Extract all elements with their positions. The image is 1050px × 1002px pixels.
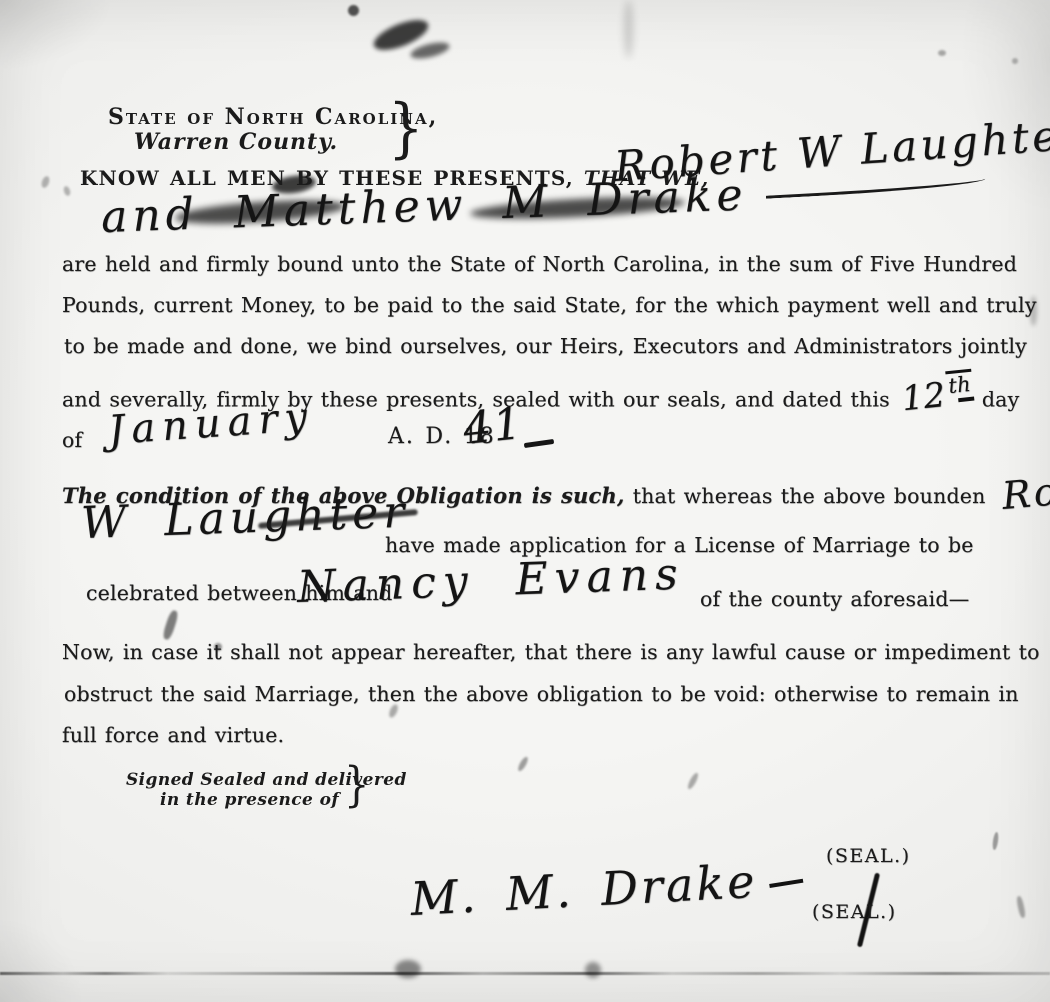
paper-fold-crease <box>0 972 1050 975</box>
closing-line3: full force and virtue. <box>62 723 284 747</box>
crease-blot <box>585 962 601 978</box>
day-number: 12 <box>900 375 948 419</box>
attestation-brace-glyph: } <box>344 757 369 812</box>
pen-dash <box>958 397 974 403</box>
ink-speck <box>1016 896 1026 919</box>
day-ordinal: th <box>945 369 974 399</box>
pen-flourish <box>765 170 986 198</box>
seal-label-top: (SEAL.) <box>826 845 911 867</box>
seal-label-bottom: (SEAL.) <box>812 901 897 923</box>
ink-speck <box>40 175 51 189</box>
dust-streak <box>624 0 633 58</box>
celebrated-suffix: of the county aforesaid— <box>700 587 969 611</box>
ink-speck <box>516 756 529 773</box>
handwritten-day: 12th <box>900 372 976 420</box>
document-page: State of North Carolina, Warren County. … <box>0 0 1050 1002</box>
handwritten-signature: M. M. Drake <box>409 852 804 926</box>
handwritten-year: 41 <box>461 398 526 455</box>
attestation-line2: in the presence of <box>160 790 339 810</box>
date-of-word: of <box>62 428 82 452</box>
ink-speck <box>686 772 700 791</box>
header-brace-glyph: } <box>388 91 424 166</box>
bond-paragraph-line3: to be made and done, we bind ourselves, … <box>64 334 1027 358</box>
ink-speck <box>1012 58 1018 64</box>
ink-speck <box>63 185 72 196</box>
ink-speck <box>992 832 999 851</box>
bond-paragraph-line1: are held and firmly bound unto the State… <box>62 252 1017 276</box>
pen-dash <box>769 879 803 888</box>
ink-smudge <box>409 39 451 61</box>
closing-line1: Now, in case it shall not appear hereaft… <box>62 640 1040 664</box>
day-word: day <box>982 387 1020 411</box>
crease-blot <box>395 960 421 978</box>
header-county-line: Warren County. <box>134 129 338 155</box>
pen-dash <box>524 439 554 448</box>
condition-lead-rest: that whereas the above bounden <box>633 484 986 508</box>
ink-speck <box>938 50 946 56</box>
signature-text: M. M. Drake <box>409 854 758 926</box>
ink-speck <box>162 609 180 640</box>
handwritten-bride-name: Nancy Evans <box>296 549 685 613</box>
closing-line2: obstruct the said Marriage, then the abo… <box>64 682 1019 706</box>
handwritten-bounden-name-part1: Rob <box>1000 467 1050 518</box>
bond-paragraph-line2: Pounds, current Money, to be paid to the… <box>62 293 1037 317</box>
ink-blot <box>348 5 359 16</box>
